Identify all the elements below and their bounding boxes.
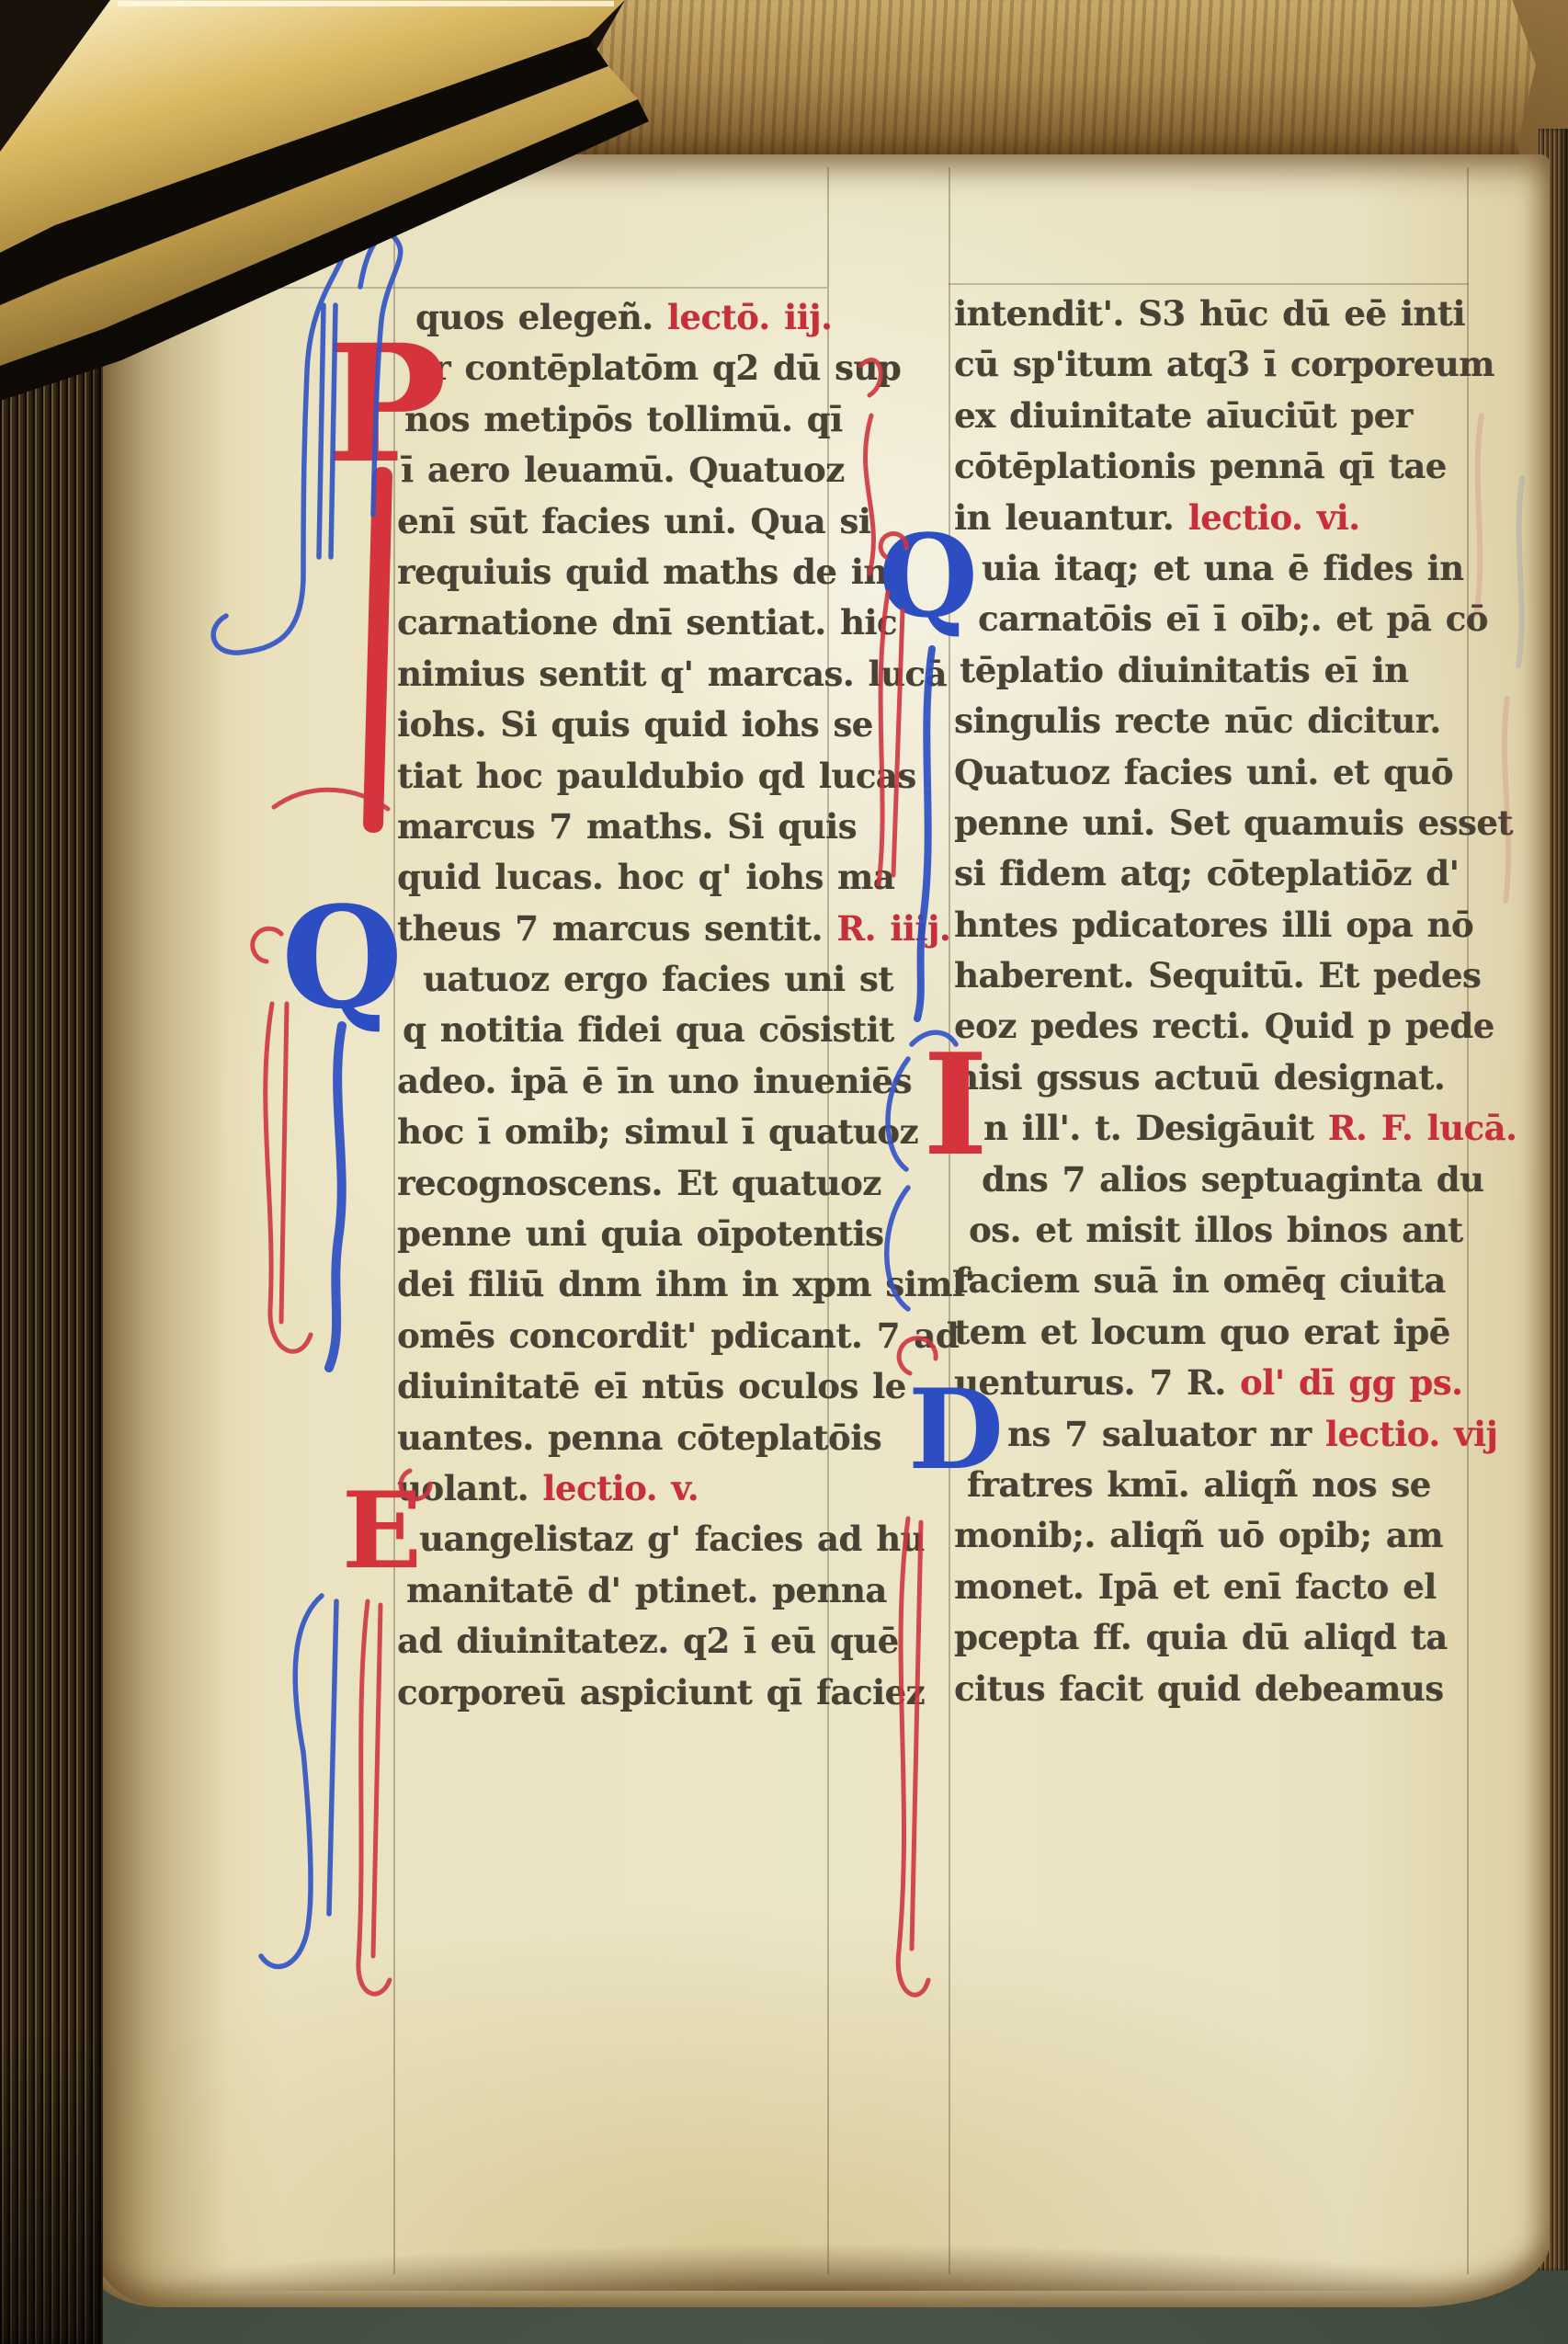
body-text: penne uni quia oīpotentis [397,1213,883,1254]
rubric-text: lectio. vi. [1188,497,1360,538]
body-text: recognoscens. Et quatuoz [397,1163,881,1203]
text-line: haberent. Sequitū. Et pedes [954,950,1469,1001]
text-line: singulis recte nūc dicitur. [954,696,1469,746]
body-text: n ill'. t. Desigāuit [983,1108,1328,1148]
text-line: marcus 7 maths. Si quis [397,802,898,852]
text-line: penne uni quia oīpotentis [397,1209,898,1259]
body-text: requiuis quid maths de in [397,552,888,592]
body-text: iohs. Si quis quid iohs se [397,704,873,745]
body-text: nisi gssus actuū designat. [954,1057,1445,1098]
book-spine-page-stack [0,24,103,2344]
body-text: cū sp'itum atq3 ī corporeum [954,344,1494,384]
text-line: monet. Ipā et enī facto el [954,1562,1469,1612]
text-line: si fidem atq; cōteplatiōz d' [954,848,1469,899]
body-text: dns 7 alios septuaginta du [982,1159,1483,1200]
body-text: intendit'. S3 hūc dū eē inti [954,293,1465,334]
body-text: faciem suā in omēq ciuita [954,1260,1446,1301]
rubric-text: lectio. vij [1325,1414,1498,1454]
body-text: ī aero leuamū. Quatuoz [401,449,845,490]
body-text: carnatōis eī ī oīb;. et pā cō [978,598,1488,639]
book-head-edge [83,0,1568,167]
text-line: uia itaq; et una ē fides in [954,543,1469,594]
body-text: tēplatio diuinitatis eī in [960,650,1408,690]
body-text: uatuoz ergo facies uni st [423,959,893,999]
column-right: intendit'. S3 hūc dū eē inticū sp'itum a… [954,289,1469,1714]
rubric-text: lectō. iij. [667,297,833,337]
text-line: dns 7 alios septuaginta du [954,1155,1469,1205]
text-line: eoz pedes recti. Quid p pede [954,1001,1469,1052]
manuscript-photo: { "palette":{"ink":"#484134","rubric":"#… [0,0,1568,2344]
text-line: ī aero leuamū. Quatuoz [397,445,898,495]
body-text: q notitia fidei qua cōsistit [403,1009,894,1050]
body-text: carnatione dnī sentiat. hic [397,602,897,643]
body-text: citus facit quid debeamus [954,1668,1444,1709]
text-line: omēs concordit' pdicant. 7 ad [397,1311,898,1361]
text-line: enī sūt facies uni. Qua si [397,496,898,547]
body-text: tiat hoc pauldubio qd lucas [397,756,916,796]
body-text: quid lucas. hoc q' iohs ma [397,857,894,897]
rubric-text: lectio. v. [542,1468,699,1508]
text-line: cū sp'itum atq3 ī corporeum [954,339,1469,390]
text-line: os. et misit illos binos ant [954,1205,1469,1256]
body-text: adeo. ipā ē īn uno inueniēs [397,1061,912,1101]
body-text: nimius sentit q' marcas. lucā [397,654,947,694]
text-line: citus facit quid debeamus [954,1664,1469,1714]
body-text: ex diuinitate aīuciūt per [954,395,1413,436]
text-line: carnatōis eī ī oīb;. et pā cō [954,594,1469,644]
text-line: tem et locum quo erat ipē [954,1307,1469,1358]
rubric-text: R. iiij. [836,908,950,949]
text-line: ns 7 saluator nr lectio. vij [954,1409,1469,1460]
text-line: Quatuoz facies uni. et quō [954,747,1469,798]
text-line: tiat hoc pauldubio qd lucas [397,751,898,802]
text-line: n ill'. t. Desigāuit R. F. lucā. [954,1103,1469,1154]
body-text: marcus 7 maths. Si quis [397,806,857,847]
body-text: eoz pedes recti. Quid p pede [954,1006,1494,1046]
body-text: Quatuoz facies uni. et quō [954,752,1453,792]
body-text: fratres kmī. aliqñ nos se [967,1464,1431,1505]
body-text: haberent. Sequitū. Et pedes [954,955,1481,996]
text-line: intendit'. S3 hūc dū eē inti [954,289,1469,339]
rubric-text: R. F. lucā. [1328,1108,1517,1148]
text-line: diuinitatē eī ntūs oculos le [397,1361,898,1412]
text-line: dei filiū dnm ihm in xpm siml' [397,1259,898,1310]
rubric-text: ol' dī gg ps. [1240,1362,1462,1403]
initial-I-red: I [923,1035,988,1175]
initial-D-blue: D [908,1375,1004,1485]
text-line: cōtēplationis pennā qī tae [954,441,1469,492]
body-text: nos metipōs tollimū. qī [404,399,843,439]
text-line: monib;. aliqñ uō opib; am [954,1510,1469,1561]
body-text: er contēplatōm q2 dū sup [412,347,901,388]
initial-Q-blue: Q [281,888,403,1028]
body-text: enī sūt facies uni. Qua si [397,501,870,541]
ruling-line-horizontal [221,287,827,289]
text-line: hntes pdicatores illi opa nō [954,900,1469,950]
text-line: ex diuinitate aīuciūt per [954,391,1469,441]
text-line: pcepta ff. quia dū aliqd ta [954,1612,1469,1663]
initial-E-red: E [342,1478,422,1583]
body-text: tem et locum quo erat ipē [954,1312,1450,1352]
text-line: recognoscens. Et quatuoz [397,1158,898,1209]
body-text: omēs concordit' pdicant. 7 ad [397,1315,959,1356]
body-text: ad diuinitatez. q2 ī eū quē [397,1621,899,1661]
text-line: uatuoz ergo facies uni st [397,954,898,1005]
body-text: ns 7 saluator nr [1007,1414,1325,1454]
text-line: uenturus. 7 R. ol' dī gg ps. [954,1358,1469,1408]
body-text: diuinitatē eī ntūs oculos le [397,1366,906,1406]
text-line: uantes. penna cōteplatōis [397,1413,898,1463]
body-text: singulis recte nūc dicitur. [954,700,1441,741]
text-line: nisi gssus actuū designat. [954,1053,1469,1103]
body-text: manitatē d' ptinet. penna [406,1570,887,1610]
body-text: in leuantur. [954,497,1188,538]
body-text: corporeū aspiciunt qī faciez [397,1672,925,1712]
text-line: nimius sentit q' marcas. lucā [397,649,898,700]
text-line: in leuantur. lectio. vi. [954,493,1469,543]
ruling-line-vertical [949,167,950,2274]
text-line: hoc ī omib; simul ī quatuoz [397,1107,898,1157]
text-line: carnatione dnī sentiat. hic [397,597,898,648]
column-left: quos elegeñ. lectō. iij.er contēplatōm q… [397,292,898,1718]
text-line: er contēplatōm q2 dū sup [397,343,898,393]
body-text: hoc ī omib; simul ī quatuoz [397,1111,918,1152]
text-line: theus 7 marcus sentit. R. iiij. [397,904,898,954]
text-line: q notitia fidei qua cōsistit [397,1005,898,1055]
body-text: dei filiū dnm ihm in xpm siml' [397,1264,974,1304]
text-line: faciem suā in omēq ciuita [954,1256,1469,1306]
text-line: quid lucas. hoc q' iohs ma [397,852,898,903]
body-text: pcepta ff. quia dū aliqd ta [954,1617,1448,1657]
body-text: hntes pdicatores illi opa nō [954,905,1473,945]
text-line: corporeū aspiciunt qī faciez [397,1667,898,1718]
body-text: uangelistaz g' facies ad hu [419,1519,925,1559]
text-line: tēplatio diuinitatis eī in [954,645,1469,696]
ruling-line-horizontal [949,283,1469,285]
text-line: uolant. lectio. v. [397,1463,898,1514]
text-line: nos metipōs tollimū. qī [397,394,898,445]
body-text: theus 7 marcus sentit. [397,908,836,949]
text-line: ad diuinitatez. q2 ī eū quē [397,1616,898,1667]
gutter-stain [90,154,228,2307]
page-bottom-stain [119,2232,1517,2291]
body-text: quos elegeñ. [415,297,667,337]
body-text: penne uni. Set quamuis esset [954,802,1513,843]
text-line: manitatē d' ptinet. penna [397,1565,898,1616]
body-text: monet. Ipā et enī facto el [954,1566,1437,1607]
body-text: uia itaq; et una ē fides in [982,548,1464,588]
text-line: quos elegeñ. lectō. iij. [397,292,898,343]
body-text: si fidem atq; cōteplatiōz d' [954,853,1459,893]
initial-P-red: P [325,324,447,485]
text-line: adeo. ipā ē īn uno inueniēs [397,1056,898,1107]
initial-Q-blue: Q [879,520,978,634]
body-text: monib;. aliqñ uō opib; am [954,1515,1443,1555]
text-line: fratres kmī. aliqñ nos se [954,1460,1469,1510]
text-line: uangelistaz g' facies ad hu [397,1514,898,1565]
body-text: uantes. penna cōteplatōis [397,1417,881,1458]
text-line: requiuis quid maths de in [397,547,898,597]
text-line: penne uni. Set quamuis esset [954,798,1469,848]
body-text: cōtēplationis pennā qī tae [954,446,1447,486]
body-text: os. et misit illos binos ant [969,1210,1463,1250]
text-line: iohs. Si quis quid iohs se [397,700,898,750]
